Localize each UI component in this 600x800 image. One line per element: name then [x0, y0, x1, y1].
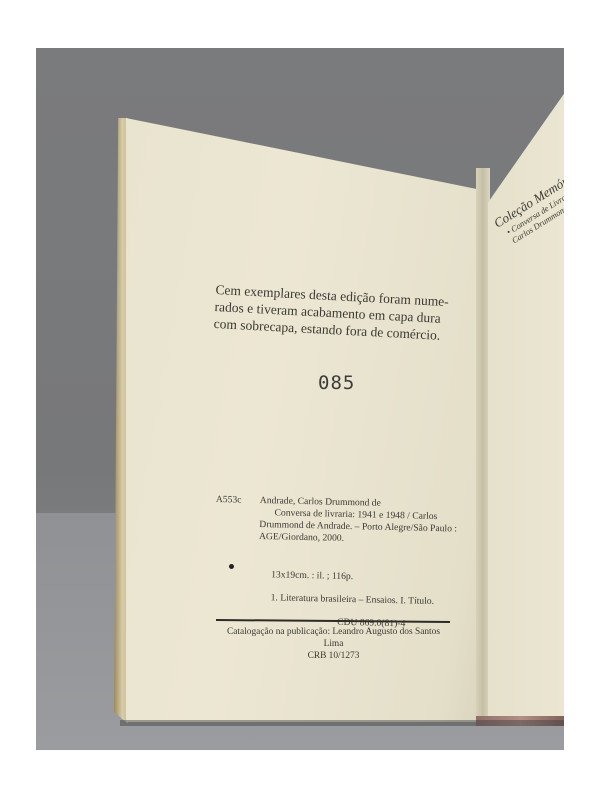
catalog-entry: Andrade, Carlos Drummond de Conversa de …	[259, 495, 485, 548]
credit-line: Catalogação na publicação: Leandro Augus…	[216, 626, 451, 650]
book-gutter	[476, 168, 490, 723]
ink-speck	[229, 564, 234, 569]
credit-line: CRB 10/1273	[216, 650, 451, 662]
page-shadow	[120, 720, 564, 726]
call-number: A553c	[216, 494, 242, 507]
physical-description: 13x19cm. : il. ; 116p.	[271, 569, 353, 583]
cataloging-credit: Catalogação na publicação: Leandro Augus…	[216, 626, 451, 662]
copy-number: 085	[318, 372, 355, 394]
book-photo: Cem exemplares desta edição foram nume- …	[36, 48, 564, 750]
page-edges	[114, 118, 128, 724]
